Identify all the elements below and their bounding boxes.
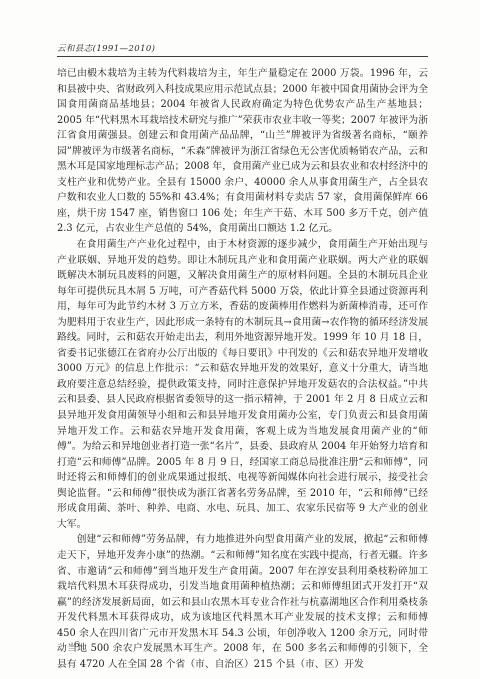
header-rule bbox=[57, 56, 428, 57]
running-header-title: 云和县志(1991—2010) bbox=[57, 42, 428, 54]
page-body: 培已由椴木栽培为主转为代料栽培为主，年生产量稳定在 2000 万袋。1996 年… bbox=[57, 66, 428, 672]
book-page: 云和县志(1991—2010) 培已由椴木栽培为主转为代料栽培为主，年生产量稳定… bbox=[0, 0, 480, 679]
paragraph-3: 创建“云和师傅”劳务品牌，有力地推进外向型食用菌产业的发展，掀起“云和师傅走天下… bbox=[57, 532, 428, 672]
paragraph-1: 培已由椴木栽培为主转为代料栽培为主，年生产量稳定在 2000 万袋。1996 年… bbox=[57, 66, 428, 237]
page-number: 6 bbox=[74, 640, 79, 650]
paragraph-2: 在食用菌生产产业化过程中，由于木材资源的逐步减少，食用菌生产开始出现与产业联姻、… bbox=[57, 237, 428, 532]
